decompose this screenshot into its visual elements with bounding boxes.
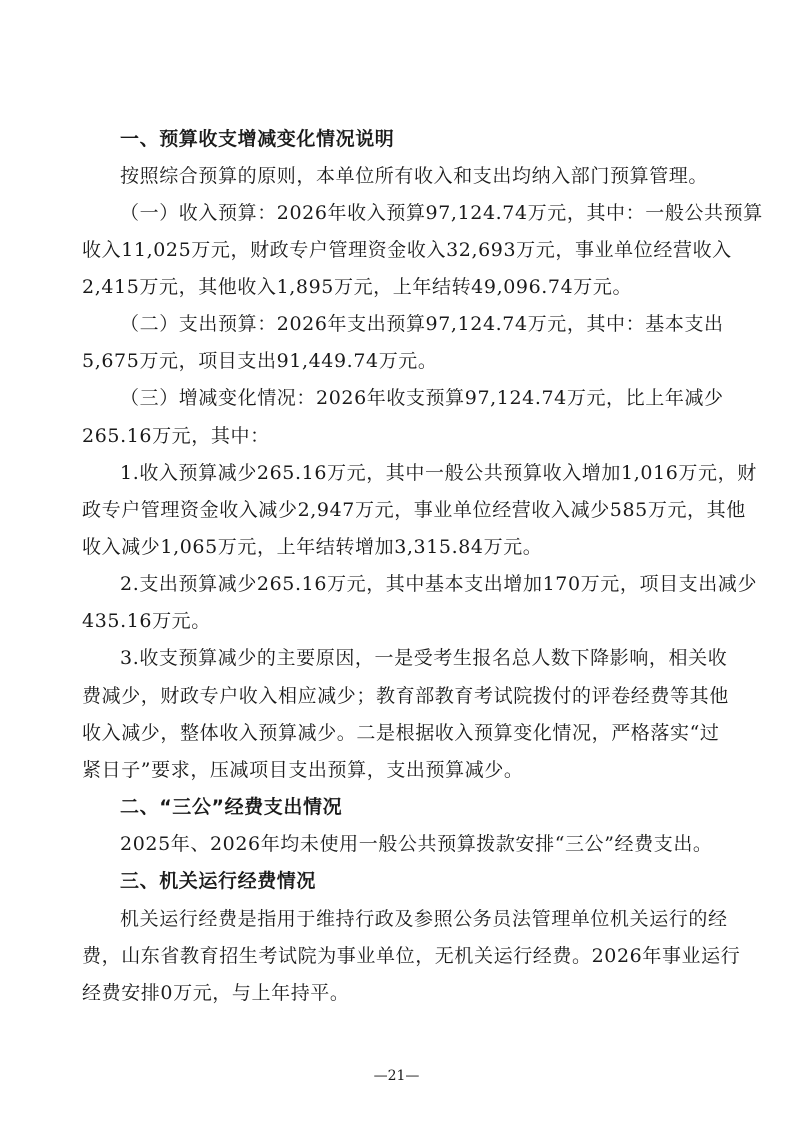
- paragraph-line: 2,415万元，其他收入1,895万元，上年结转49,096.74万元。: [82, 275, 706, 299]
- paragraph-line: 1.收入预算减少265.16万元，其中一般公共预算收入增加1,016万元，财: [120, 461, 706, 485]
- paragraph-line: 435.16万元。: [82, 609, 706, 633]
- page-number: —21—: [0, 1068, 793, 1084]
- paragraph-line: 2025年、2026年均未使用一般公共预算拨款安排“三公”经费支出。: [120, 832, 706, 856]
- paragraph-line: （二）支出预算：2026年支出预算97,124.74万元，其中：基本支出: [120, 312, 706, 336]
- paragraph-line: 2.支出预算减少265.16万元，其中基本支出增加170万元，项目支出减少: [120, 572, 706, 596]
- paragraph-line: 5,675万元，项目支出91,449.74万元。: [82, 349, 706, 373]
- section-heading-1: 一、预算收支增减变化情况说明: [120, 127, 706, 151]
- paragraph-line: 收入减少1,065万元，上年结转增加3,315.84万元。: [82, 535, 706, 559]
- paragraph-line: （三）增减变化情况：2026年收支预算97,124.74万元，比上年减少: [120, 386, 706, 410]
- section-heading-3: 三、机关运行经费情况: [120, 869, 706, 893]
- paragraph-line: 机关运行经费是指用于维持行政及参照公务员法管理单位机关运行的经: [120, 907, 706, 931]
- paragraph-line: 收入减少，整体收入预算减少。二是根据收入预算变化情况，严格落实“过: [82, 721, 706, 745]
- paragraph-line: （一）收入预算：2026年收入预算97,124.74万元，其中：一般公共预算: [120, 201, 706, 225]
- document-page: 一、预算收支增减变化情况说明 按照综合预算的原则，本单位所有收入和支出均纳入部门…: [0, 0, 793, 1123]
- paragraph-line: 按照综合预算的原则，本单位所有收入和支出均纳入部门预算管理。: [120, 164, 706, 188]
- paragraph-line: 265.16万元，其中：: [82, 424, 706, 448]
- paragraph-line: 经费安排0万元，与上年持平。: [82, 981, 706, 1005]
- section-heading-2: 二、“三公”经费支出情况: [120, 795, 706, 819]
- paragraph-line: 紧日子”要求，压减项目支出预算，支出预算减少。: [82, 758, 706, 782]
- paragraph-line: 费减少，财政专户收入相应减少；教育部教育考试院拨付的评卷经费等其他: [82, 684, 706, 708]
- paragraph-line: 费，山东省教育招生考试院为事业单位，无机关运行经费。2026年事业运行: [82, 944, 706, 968]
- paragraph-line: 政专户管理资金收入减少2,947万元，事业单位经营收入减少585万元，其他: [82, 498, 706, 522]
- paragraph-line: 3.收支预算减少的主要原因，一是受考生报名总人数下降影响，相关收: [120, 646, 706, 670]
- paragraph-line: 收入11,025万元，财政专户管理资金收入32,693万元，事业单位经营收入: [82, 238, 706, 262]
